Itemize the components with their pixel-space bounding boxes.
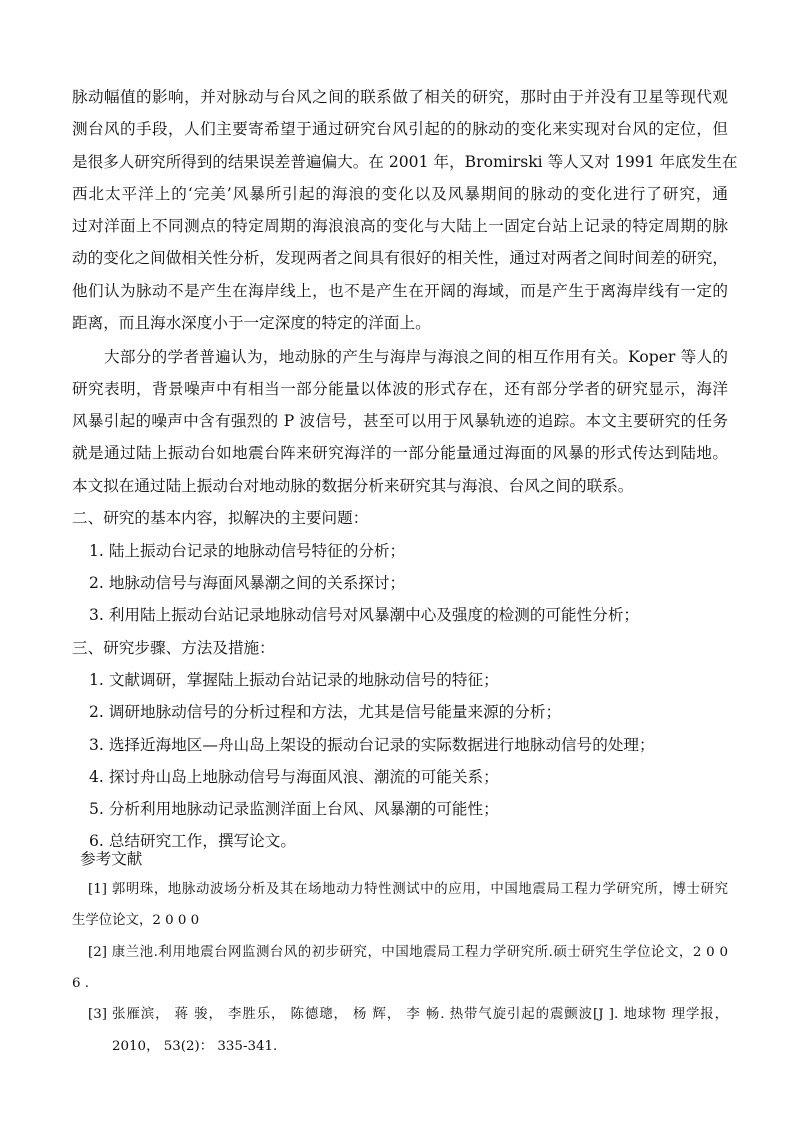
section-heading: 二、研究的基本内容，拟解决的主要问题： <box>72 508 368 528</box>
text-line: 过对洋面上不同测点的特定周期的海浪浪高的变化与大陆上一固定台站上记录的特定周期的… <box>72 216 728 236</box>
text-line: 西北太平洋上的‘完美’风暴所引起的海浪的变化以及风暴期间的脉动的变化进行了研究，… <box>72 184 728 204</box>
reference-continuation: 6 . <box>72 974 89 994</box>
text-line: 距离，而且海水深度小于一定深度的特定的洋面上。 <box>72 313 431 333</box>
list-item: 6. 总结研究工作，撰写论文。 <box>89 831 296 851</box>
list-item: 3. 利用陆上振动台站记录地脉动信号对风暴潮中心及强度的检测的可能性分析； <box>89 605 639 625</box>
text-line: 风暴引起的噪声中含有强烈的 P 波信号，甚至可以用于风暴轨迹的追踪。本文主要研究… <box>72 411 728 431</box>
text-line: 研究表明，背景噪声中有相当一部分能量以体波的形式存在，还有部分学者的研究显示，海… <box>72 379 728 399</box>
list-item: 1. 文献调研，掌握陆上振动台站记录的地脉动信号的特征； <box>89 670 499 690</box>
text-line: 就是通过陆上振动台如地震台阵来研究海洋的一部分能量通过海面的风暴的形式传达到陆地… <box>72 443 728 463</box>
list-item: 1. 陆上振动台记录的地脉动信号特征的分析； <box>89 541 405 561</box>
text-line: 大部分的学者普遍认为，地动脉的产生与海岸与海浪之间的相互作用有关。Koper 等… <box>104 347 728 367</box>
reference-continuation: 生学位论文，2 0 0 0 <box>72 911 199 931</box>
reference-entry: [3] 张雁滨， 蒋 骏， 李胜乐， 陈德璁， 杨 辉， 李 畅. 热带气旋引起… <box>88 1005 728 1025</box>
text-line: 是很多人研究所得到的结果误差普遍偏大。在 2001 年，Bromirski 等人… <box>72 152 728 172</box>
reference-entry: [2] 康兰池.利用地震台网监测台风的初步研究，中国地震局工程力学研究所.硕士研… <box>88 943 728 963</box>
list-item: 3. 选择近海地区—舟山岛上架设的振动台记录的实际数据进行地脉动信号的处理； <box>89 735 655 755</box>
reference-continuation: 2010， 53(2)： 335-341. <box>112 1037 277 1057</box>
text-line: 脉动幅值的影响，并对脉动与台风之间的联系做了相关的研究，那时由于并没有卫星等现代… <box>72 87 728 107</box>
section-heading: 三、研究步骤、方法及措施： <box>72 638 275 658</box>
reference-entry: [1] 郭明珠，地脉动波场分析及其在场地动力特性测试中的应用，中国地震局工程力学… <box>88 880 728 900</box>
text-line: 本文拟在通过陆上振动台对地动脉的数据分析来研究其与海浪、台风之间的联系。 <box>72 476 633 496</box>
list-item: 5. 分析利用地脉动记录监测洋面上台风、风暴潮的可能性； <box>89 799 499 819</box>
text-line: 他们认为脉动不是产生在海岸线上，也不是产生在开阔的海域，而是产生于离海岸线有一定… <box>72 281 728 301</box>
list-item: 2. 调研地脉动信号的分析过程和方法，尤其是信号能量来源的分析； <box>89 702 561 722</box>
document-page: 脉动幅值的影响，并对脉动与台风之间的联系做了相关的研究，那时由于并没有卫星等现代… <box>0 0 793 1122</box>
references-heading: 参考文献 <box>80 849 142 869</box>
text-line: 测台风的手段，人们主要寄希望于通过研究台风引起的的脉动的变化来实现对台风的定位，… <box>72 119 728 139</box>
list-item: 4. 探讨舟山岛上地脉动信号与海面风浪、潮流的可能关系； <box>89 767 499 787</box>
text-line: 动的变化之间做相关性分析，发现两者之间具有很好的相关性，通过对两者之间时间差的研… <box>72 248 728 268</box>
list-item: 2. 地脉动信号与海面风暴潮之间的关系探讨； <box>89 573 405 593</box>
